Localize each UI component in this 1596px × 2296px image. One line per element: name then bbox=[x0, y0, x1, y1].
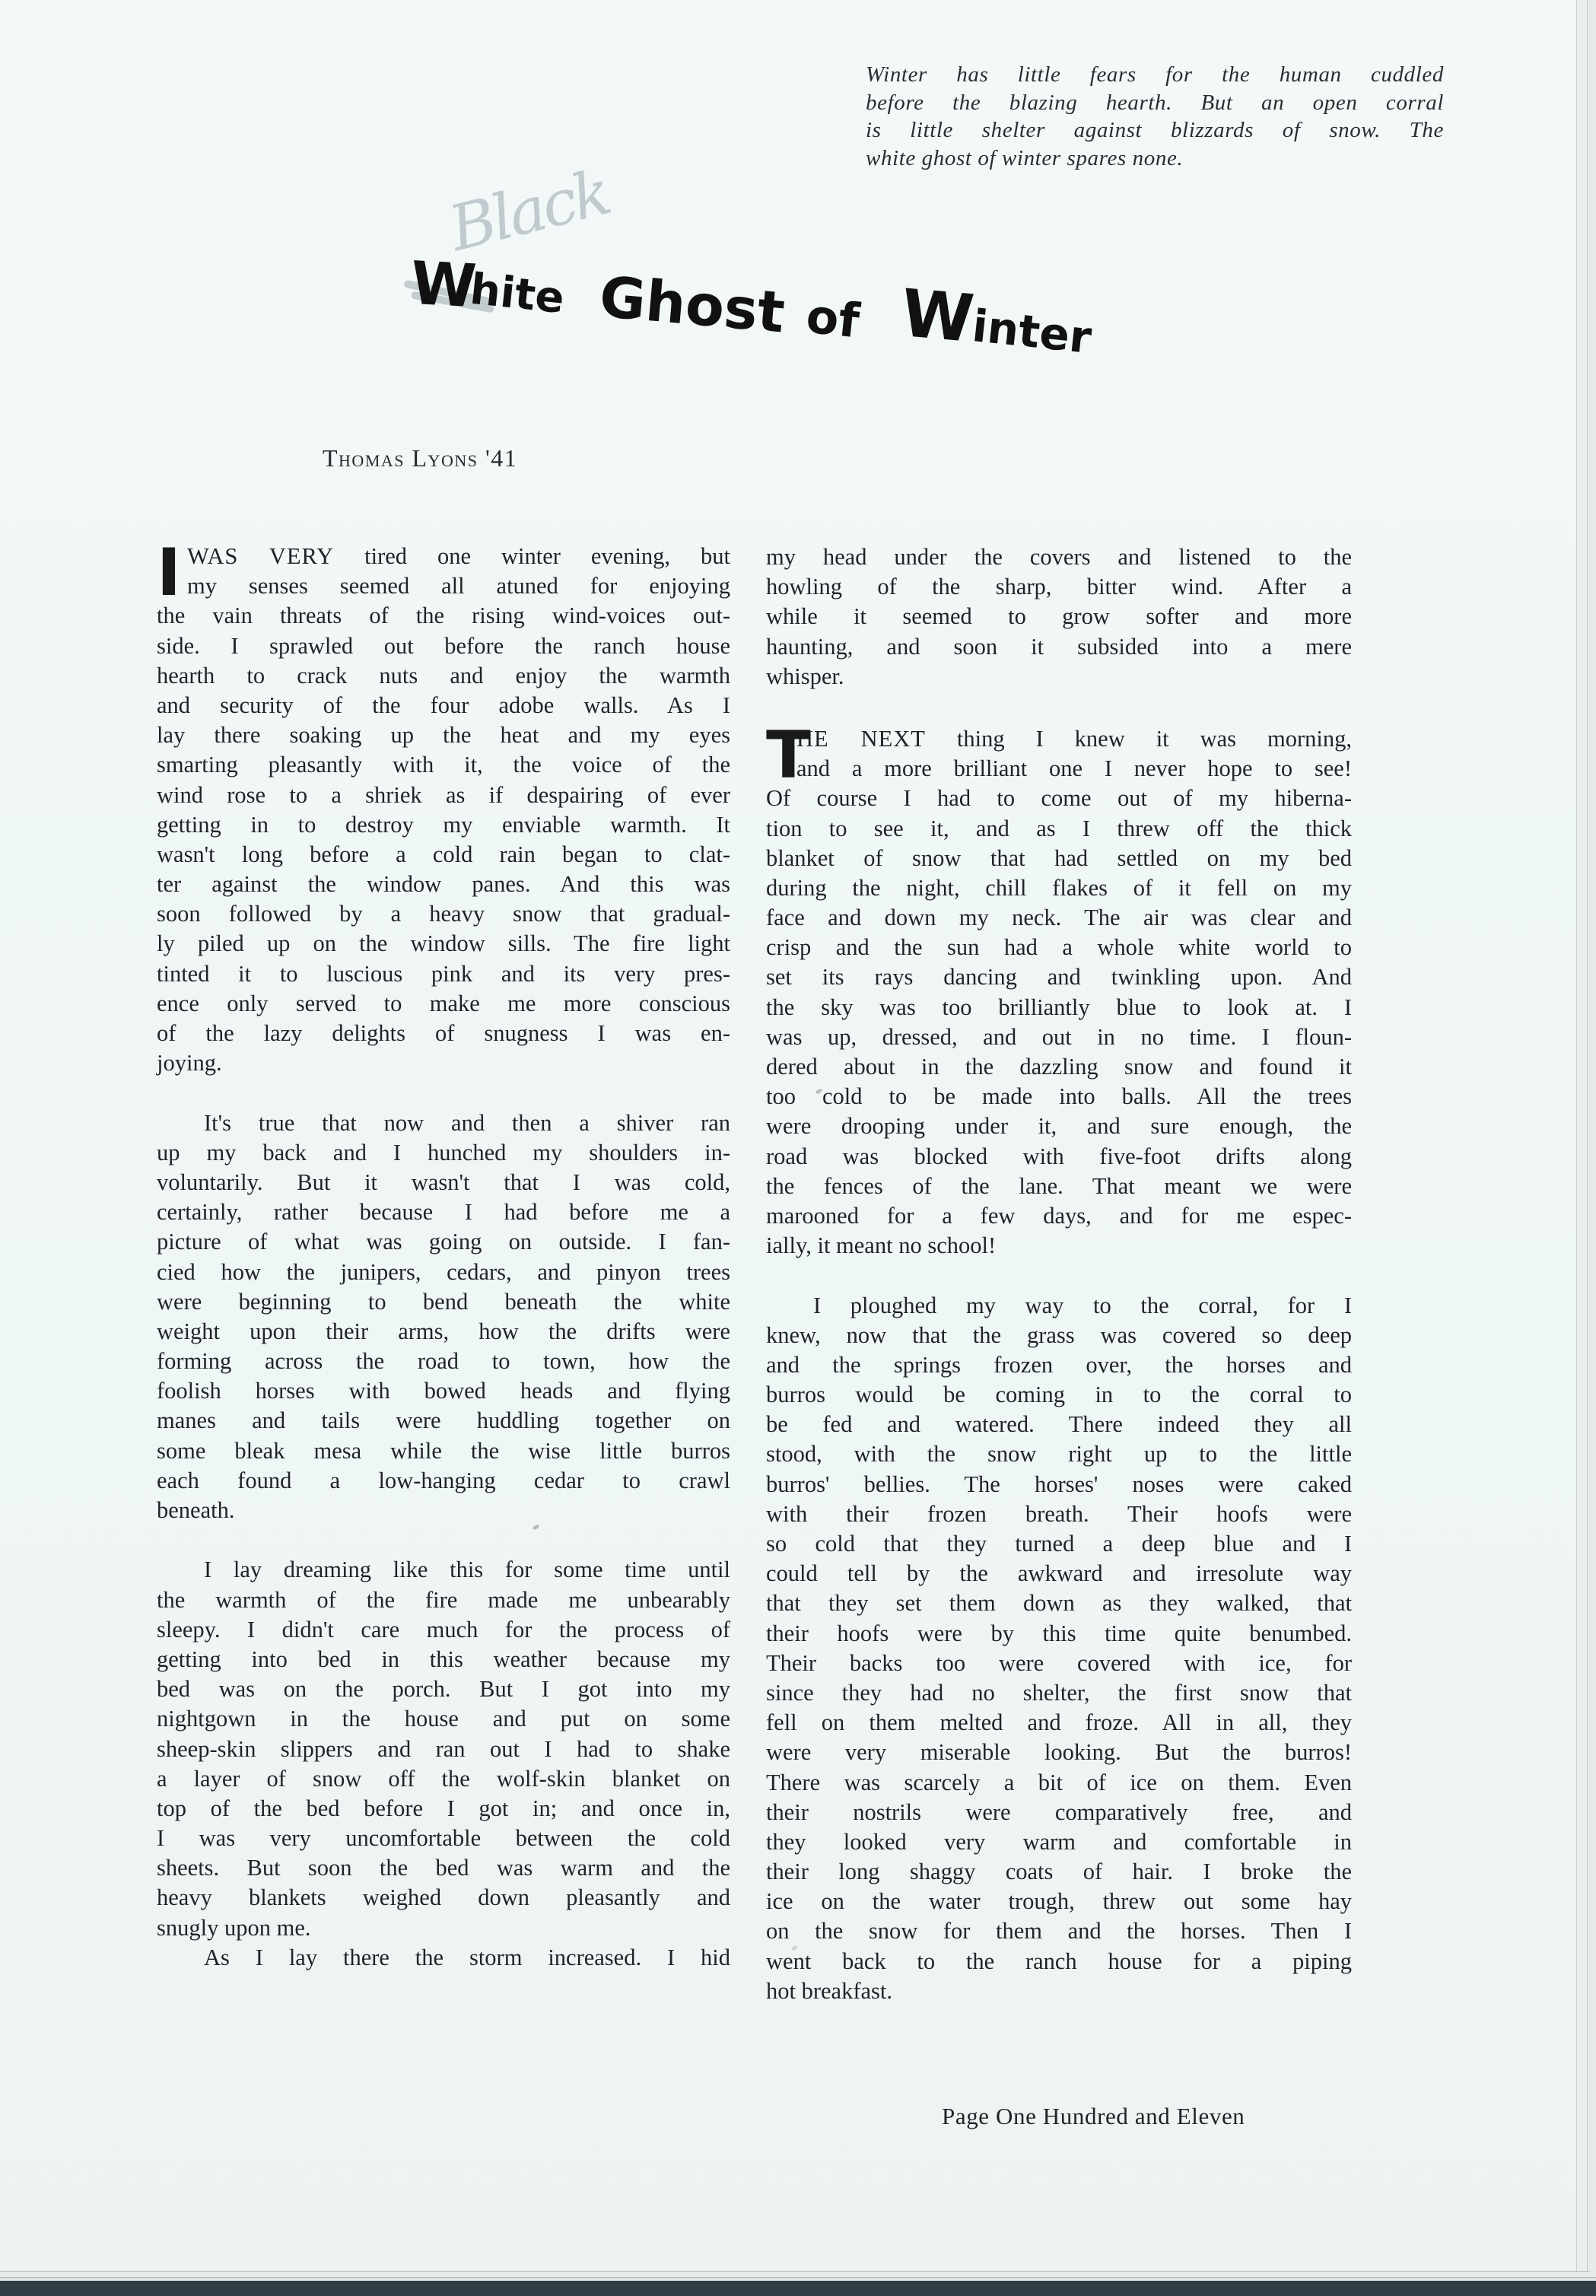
text-line: sheep-skin slippers and ran out I had to… bbox=[157, 1735, 730, 1764]
blurb-line: Winter has little fears for the human cu… bbox=[866, 61, 1444, 89]
title-part: inter bbox=[970, 300, 1094, 364]
page-number: Page One Hundred and Eleven bbox=[942, 2103, 1245, 2130]
text-line: sleepy. I didn't care much for the proce… bbox=[157, 1615, 730, 1645]
text-line: fell on them melted and froze. All in al… bbox=[766, 1708, 1352, 1738]
text-line: getting into bed in this weather because… bbox=[157, 1645, 730, 1674]
page-stack-edge bbox=[1576, 0, 1588, 2275]
text-line: I was very uncomfortable between the col… bbox=[157, 1824, 730, 1853]
text-line: HE NEXT thing I knew it was morning, bbox=[766, 724, 1352, 754]
text-run: tired one winter evening, but bbox=[334, 543, 730, 569]
text-line: burros would be coming in to the corral … bbox=[766, 1380, 1352, 1410]
text-line: I ploughed my way to the corral, for I bbox=[766, 1291, 1352, 1321]
paragraph-gap bbox=[157, 1078, 730, 1108]
text-line: ly piled up on the window sills. The fir… bbox=[157, 929, 730, 959]
paragraph-lines: Of course I had to come out of my hibern… bbox=[766, 784, 1352, 1261]
text-line: I lay dreaming like this for some time u… bbox=[157, 1555, 730, 1585]
text-line: of the lazy delights of snugness I was e… bbox=[157, 1019, 730, 1048]
paragraph-4-continued: my head under the covers and listened to… bbox=[766, 542, 1352, 692]
text-line: were beginning to bend beneath the white bbox=[157, 1287, 730, 1317]
text-line: and the springs frozen over, the horses … bbox=[766, 1350, 1352, 1380]
scanner-background bbox=[0, 2281, 1596, 2296]
text-line: wasn't long before a cold rain began to … bbox=[157, 840, 730, 870]
text-run: thing I knew it was morning, bbox=[926, 726, 1352, 752]
text-line: nightgown in the house and put on some bbox=[157, 1704, 730, 1734]
text-line: up my back and I hunched my shoulders in… bbox=[157, 1138, 730, 1168]
text-line: and a more brilliant one I never hope to… bbox=[766, 754, 1352, 784]
text-line: knew, now that the grass was covered so … bbox=[766, 1321, 1352, 1350]
drop-cap: T bbox=[766, 729, 811, 782]
text-line: ter against the window panes. And this w… bbox=[157, 870, 730, 899]
text-line: went back to the ranch house for a pipin… bbox=[766, 1947, 1352, 1976]
text-line: tinted it to luscious pink and its very … bbox=[157, 959, 730, 989]
text-line: their nostrils were comparatively free, … bbox=[766, 1798, 1352, 1827]
text-line: too cold to be made into balls. All the … bbox=[766, 1082, 1352, 1111]
title-part: W bbox=[898, 275, 977, 358]
text-line: soon followed by a heavy snow that gradu… bbox=[157, 899, 730, 929]
paragraph-4: As I lay there the storm increased. I hi… bbox=[157, 1943, 730, 1973]
paragraph-lines: the vain threats of the rising wind-voic… bbox=[157, 601, 730, 1078]
text-line: set its rays dancing and twinkling upon.… bbox=[766, 962, 1352, 992]
text-line: joying. bbox=[157, 1048, 730, 1078]
text-line: their hoofs were by this time quite benu… bbox=[766, 1619, 1352, 1649]
paragraph-2: It's true that now and then a shiver ran… bbox=[157, 1108, 730, 1526]
text-line: top of the bed before I got in; and once… bbox=[157, 1794, 730, 1824]
text-line: weight upon their arms, how the drifts w… bbox=[157, 1317, 730, 1347]
text-line: ially, it meant no school! bbox=[766, 1231, 1352, 1261]
text-line: snugly upon me. bbox=[157, 1913, 730, 1943]
text-line: were very miserable looking. But the bur… bbox=[766, 1738, 1352, 1767]
text-line: hot breakfast. bbox=[766, 1976, 1352, 2006]
text-line: side. I sprawled out before the ranch ho… bbox=[157, 631, 730, 661]
text-line: whisper. bbox=[766, 662, 1352, 692]
text-line: with their frozen breath. Their hoofs we… bbox=[766, 1499, 1352, 1529]
text-line: wind rose to a shriek as if despairing o… bbox=[157, 781, 730, 810]
paragraph-3: I lay dreaming like this for some time u… bbox=[157, 1555, 730, 1942]
text-line: Of course I had to come out of my hibern… bbox=[766, 784, 1352, 813]
text-line: my senses seemed all atuned for enjoying bbox=[157, 571, 730, 601]
title-part: Ghost bbox=[597, 265, 787, 346]
text-line: There was scarcely a bit of ice on them.… bbox=[766, 1768, 1352, 1798]
text-line: road was blocked with five-foot drifts a… bbox=[766, 1142, 1352, 1172]
text-line: howling of the sharp, bitter wind. After… bbox=[766, 572, 1352, 602]
text-line: voluntarily. But it wasn't that I was co… bbox=[157, 1168, 730, 1197]
text-line: haunting, and soon it subsided into a me… bbox=[766, 632, 1352, 662]
lead-caps: WAS VERY bbox=[187, 543, 334, 569]
blurb-line: before the blazing hearth. But an open c… bbox=[866, 89, 1444, 117]
paragraph-6: I ploughed my way to the corral, for Ikn… bbox=[766, 1291, 1352, 2007]
page-stack-edge bbox=[1587, 0, 1596, 2279]
text-line: picture of what was going on outside. I … bbox=[157, 1227, 730, 1257]
lead-caps: HE NEXT bbox=[796, 726, 926, 752]
text-line: sheets. But soon the bed was warm and th… bbox=[157, 1853, 730, 1883]
text-line: could tell by the awkward and irresolute… bbox=[766, 1559, 1352, 1588]
text-line: so cold that they turned a deep blue and… bbox=[766, 1529, 1352, 1559]
text-line: cied how the junipers, cedars, and pinyo… bbox=[157, 1258, 730, 1287]
text-line: burros' bellies. The horses' noses were … bbox=[766, 1470, 1352, 1499]
text-line: beneath. bbox=[157, 1496, 730, 1525]
text-line: face and down my neck. The air was clear… bbox=[766, 903, 1352, 933]
text-line: each found a low-hanging cedar to crawl bbox=[157, 1466, 730, 1496]
text-line: be fed and watered. There indeed they al… bbox=[766, 1410, 1352, 1439]
article-title: W hite Ghost of W inter bbox=[411, 251, 1126, 403]
text-line: ence only served to make me more conscio… bbox=[157, 989, 730, 1019]
text-line: since they had no shelter, the first sno… bbox=[766, 1678, 1352, 1708]
text-line: the fences of the lane. That meant we we… bbox=[766, 1172, 1352, 1201]
text-line: Their backs too were covered with ice, f… bbox=[766, 1649, 1352, 1678]
text-line: It's true that now and then a shiver ran bbox=[157, 1108, 730, 1138]
drop-cap: I bbox=[157, 546, 181, 599]
text-line: some bleak mesa while the wise little bu… bbox=[157, 1436, 730, 1466]
body-column-1: I WAS VERY tired one winter evening, but… bbox=[157, 542, 730, 1973]
text-line: while it seemed to grow softer and more bbox=[766, 602, 1352, 631]
text-line: foolish horses with bowed heads and flyi… bbox=[157, 1376, 730, 1406]
text-line: getting in to destroy my enviable warmth… bbox=[157, 810, 730, 840]
text-line: bed was on the porch. But I got into my bbox=[157, 1674, 730, 1704]
paragraph-5: T HE NEXT thing I knew it was morning, a… bbox=[766, 724, 1352, 1261]
paragraph-gap bbox=[766, 692, 1352, 724]
text-line: stood, with the snow right up to the lit… bbox=[766, 1439, 1352, 1469]
paragraph-gap bbox=[766, 1261, 1352, 1290]
text-line: tion to see it, and as I threw off the t… bbox=[766, 814, 1352, 844]
paragraph-gap bbox=[157, 1525, 730, 1555]
text-line: marooned for a few days, and for me espe… bbox=[766, 1201, 1352, 1231]
text-line: blanket of snow that had settled on my b… bbox=[766, 844, 1352, 873]
text-line: forming across the road to town, how the bbox=[157, 1347, 730, 1376]
text-line: heavy blankets weighed down pleasantly a… bbox=[157, 1883, 730, 1913]
intro-blurb: Winter has little fears for the human cu… bbox=[866, 61, 1444, 172]
text-line: lay there soaking up the heat and my eye… bbox=[157, 720, 730, 750]
text-line: manes and tails were huddling together o… bbox=[157, 1406, 730, 1436]
body-column-2: my head under the covers and listened to… bbox=[766, 542, 1352, 2006]
text-line: they looked very warm and comfortable in bbox=[766, 1827, 1352, 1857]
text-line: crisp and the sun had a whole white worl… bbox=[766, 933, 1352, 962]
text-line: my head under the covers and listened to… bbox=[766, 542, 1352, 572]
byline: Thomas Lyons '41 bbox=[323, 444, 517, 472]
text-line: were drooping under it, and sure enough,… bbox=[766, 1111, 1352, 1141]
text-line: that they set them down as they walked, … bbox=[766, 1588, 1352, 1618]
blurb-line: is little shelter against blizzards of s… bbox=[866, 116, 1444, 145]
text-line: smarting pleasantly with it, the voice o… bbox=[157, 750, 730, 780]
text-line: ice on the water trough, threw out some … bbox=[766, 1887, 1352, 1916]
text-line: the warmth of the fire made me unbearabl… bbox=[157, 1585, 730, 1615]
text-line: during the night, chill flakes of it fel… bbox=[766, 873, 1352, 903]
text-line: certainly, rather because I had before m… bbox=[157, 1197, 730, 1227]
text-line: a layer of snow off the wolf-skin blanke… bbox=[157, 1764, 730, 1794]
title-part: of bbox=[803, 288, 862, 349]
text-line: on the snow for them and the horses. The… bbox=[766, 1916, 1352, 1946]
text-line: hearth to crack nuts and enjoy the warmt… bbox=[157, 661, 730, 691]
text-line: and security of the four adobe walls. As… bbox=[157, 691, 730, 720]
text-line: was up, dressed, and out in no time. I f… bbox=[766, 1022, 1352, 1052]
text-line: their long shaggy coats of hair. I broke… bbox=[766, 1857, 1352, 1887]
text-line: WAS VERY tired one winter evening, but bbox=[157, 542, 730, 571]
text-line: the vain threats of the rising wind-voic… bbox=[157, 601, 730, 631]
text-line: the sky was too brilliantly blue to look… bbox=[766, 993, 1352, 1022]
blurb-line: white ghost of winter spares none. bbox=[866, 145, 1444, 173]
text-line: dered about in the dazzling snow and fou… bbox=[766, 1052, 1352, 1082]
paragraph-1: I WAS VERY tired one winter evening, but… bbox=[157, 542, 730, 1078]
title-part: hite bbox=[468, 265, 567, 324]
text-line: As I lay there the storm increased. I hi… bbox=[157, 1943, 730, 1973]
